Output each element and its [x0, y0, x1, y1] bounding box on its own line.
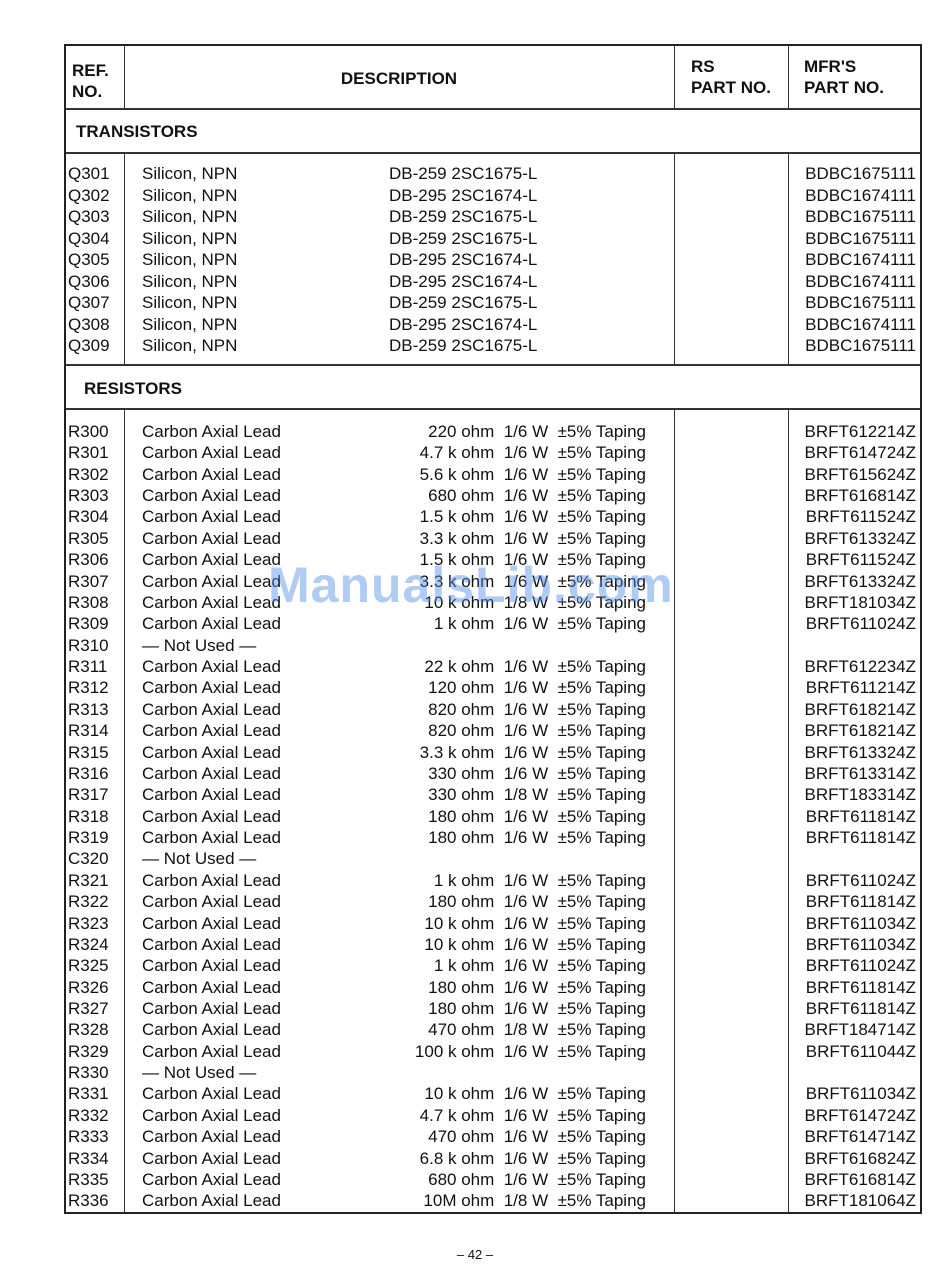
- spec-cell: 330 ohm 1/8 W ±5% Taping: [428, 784, 646, 805]
- mfr-part-cell: BDBC1674111: [805, 314, 916, 335]
- spec-cell: 680 ohm 1/6 W ±5% Taping: [428, 485, 646, 506]
- description-cell: Silicon, NPN: [142, 185, 237, 206]
- mfr-part-cell: BDBC1674111: [805, 249, 916, 270]
- description-cell: Carbon Axial Lead: [142, 998, 281, 1019]
- description-cell: Carbon Axial Lead: [142, 677, 281, 698]
- spec-cell: DB-295 2SC1674-L: [389, 314, 537, 335]
- ref-cell: R315: [68, 742, 109, 763]
- description-cell: Carbon Axial Lead: [142, 421, 281, 442]
- ref-cell: R336: [68, 1190, 109, 1211]
- mfr-part-cell: BRFT183314Z: [805, 784, 917, 805]
- mfr-part-cell: BRFT611024Z: [806, 613, 916, 634]
- header-rs-line1: RS: [691, 56, 771, 77]
- description-cell: Silicon, NPN: [142, 163, 237, 184]
- table-row: R329Carbon Axial Lead100 k ohm 1/6 W ±5%…: [66, 1041, 920, 1062]
- description-cell: Carbon Axial Lead: [142, 955, 281, 976]
- header-ref-line1: REF.: [72, 60, 109, 81]
- ref-cell: R312: [68, 677, 109, 698]
- mfr-part-cell: BRFT184714Z: [805, 1019, 917, 1040]
- table-row: R313Carbon Axial Lead820 ohm 1/6 W ±5% T…: [66, 699, 920, 720]
- mfr-part-cell: BRFT616814Z: [805, 1169, 917, 1190]
- description-cell: Carbon Axial Lead: [142, 1019, 281, 1040]
- description-cell: — Not Used —: [142, 1062, 256, 1083]
- table-row: Q304Silicon, NPNDB-259 2SC1675-LBDBC1675…: [66, 228, 920, 249]
- description-cell: Silicon, NPN: [142, 228, 237, 249]
- description-cell: Carbon Axial Lead: [142, 742, 281, 763]
- spec-cell: 180 ohm 1/6 W ±5% Taping: [428, 827, 646, 848]
- table-row: R321Carbon Axial Lead1 k ohm 1/6 W ±5% T…: [66, 870, 920, 891]
- ref-cell: R335: [68, 1169, 109, 1190]
- ref-cell: Q302: [68, 185, 110, 206]
- table-row: R334Carbon Axial Lead6.8 k ohm 1/6 W ±5%…: [66, 1148, 920, 1169]
- header-rs-line2: PART NO.: [691, 77, 771, 98]
- mfr-part-cell: BRFT614714Z: [805, 1126, 917, 1147]
- ref-cell: R301: [68, 442, 109, 463]
- spec-cell: 5.6 k ohm 1/6 W ±5% Taping: [420, 464, 646, 485]
- ref-cell: Q309: [68, 335, 110, 356]
- ref-cell: Q306: [68, 271, 110, 292]
- header-mfr-line2: PART NO.: [804, 77, 884, 98]
- mfr-part-cell: BRFT613314Z: [805, 763, 917, 784]
- ref-cell: R329: [68, 1041, 109, 1062]
- table-row: R326Carbon Axial Lead180 ohm 1/6 W ±5% T…: [66, 977, 920, 998]
- table-row: R323Carbon Axial Lead10 k ohm 1/6 W ±5% …: [66, 913, 920, 934]
- table-row: R301Carbon Axial Lead4.7 k ohm 1/6 W ±5%…: [66, 442, 920, 463]
- spec-cell: 1 k ohm 1/6 W ±5% Taping: [434, 870, 646, 891]
- ref-cell: R325: [68, 955, 109, 976]
- spec-cell: 10M ohm 1/8 W ±5% Taping: [423, 1190, 646, 1211]
- ref-cell: R307: [68, 571, 109, 592]
- description-cell: Silicon, NPN: [142, 335, 237, 356]
- ref-cell: R302: [68, 464, 109, 485]
- mfr-part-cell: BRFT611814Z: [806, 977, 916, 998]
- ref-cell: R303: [68, 485, 109, 506]
- table-row: R327Carbon Axial Lead180 ohm 1/6 W ±5% T…: [66, 998, 920, 1019]
- ref-cell: R333: [68, 1126, 109, 1147]
- ref-cell: R314: [68, 720, 109, 741]
- table-row: R310— Not Used —: [66, 635, 920, 656]
- ref-cell: R331: [68, 1083, 109, 1104]
- header-mfr-line1: MFR'S: [804, 56, 884, 77]
- page-number: – 42 –: [0, 1247, 950, 1262]
- description-cell: Carbon Axial Lead: [142, 528, 281, 549]
- table-row: Q307Silicon, NPNDB-259 2SC1675-LBDBC1675…: [66, 292, 920, 313]
- mfr-part-cell: BRFT612214Z: [805, 421, 917, 442]
- ref-cell: R330: [68, 1062, 109, 1083]
- mfr-part-cell: BDBC1675111: [805, 335, 916, 356]
- description-cell: Carbon Axial Lead: [142, 571, 281, 592]
- description-cell: Carbon Axial Lead: [142, 549, 281, 570]
- ref-cell: R310: [68, 635, 109, 656]
- table-row: Q309Silicon, NPNDB-259 2SC1675-LBDBC1675…: [66, 335, 920, 356]
- description-cell: Silicon, NPN: [142, 249, 237, 270]
- ref-cell: R334: [68, 1148, 109, 1169]
- ref-cell: R332: [68, 1105, 109, 1126]
- mfr-part-cell: BDBC1675111: [805, 163, 916, 184]
- header-ref-no: REF. NO.: [72, 60, 109, 102]
- transistors-divider: [66, 152, 920, 154]
- table-row: R333Carbon Axial Lead470 ohm 1/6 W ±5% T…: [66, 1126, 920, 1147]
- table-row: R332Carbon Axial Lead4.7 k ohm 1/6 W ±5%…: [66, 1105, 920, 1126]
- spec-cell: DB-259 2SC1675-L: [389, 228, 537, 249]
- mfr-part-cell: BRFT611034Z: [806, 913, 916, 934]
- spec-cell: 1.5 k ohm 1/6 W ±5% Taping: [420, 549, 646, 570]
- description-cell: Carbon Axial Lead: [142, 1041, 281, 1062]
- mfr-part-cell: BDBC1674111: [805, 271, 916, 292]
- table-row: R308Carbon Axial Lead10 k ohm 1/8 W ±5% …: [66, 592, 920, 613]
- table-row: R303Carbon Axial Lead680 ohm 1/6 W ±5% T…: [66, 485, 920, 506]
- ref-cell: R326: [68, 977, 109, 998]
- table-row: R317Carbon Axial Lead330 ohm 1/8 W ±5% T…: [66, 784, 920, 805]
- spec-cell: 220 ohm 1/6 W ±5% Taping: [428, 421, 646, 442]
- mfr-part-cell: BRFT611214Z: [806, 677, 916, 698]
- ref-cell: C320: [68, 848, 109, 869]
- table-row: R319Carbon Axial Lead180 ohm 1/6 W ±5% T…: [66, 827, 920, 848]
- mfr-part-cell: BRFT611024Z: [806, 955, 916, 976]
- mfr-part-cell: BRFT181034Z: [805, 592, 917, 613]
- spec-cell: 1 k ohm 1/6 W ±5% Taping: [434, 955, 646, 976]
- section-title-transistors: TRANSISTORS: [76, 122, 202, 142]
- mfr-part-cell: BRFT615624Z: [805, 464, 917, 485]
- ref-cell: R313: [68, 699, 109, 720]
- description-cell: Carbon Axial Lead: [142, 699, 281, 720]
- description-cell: Carbon Axial Lead: [142, 870, 281, 891]
- table-row: R305Carbon Axial Lead3.3 k ohm 1/6 W ±5%…: [66, 528, 920, 549]
- spec-cell: 180 ohm 1/6 W ±5% Taping: [428, 977, 646, 998]
- description-cell: Carbon Axial Lead: [142, 891, 281, 912]
- mfr-part-cell: BRFT613324Z: [805, 742, 917, 763]
- mfr-part-cell: BRFT181064Z: [805, 1190, 917, 1211]
- description-cell: Carbon Axial Lead: [142, 934, 281, 955]
- ref-cell: R309: [68, 613, 109, 634]
- header-description: DESCRIPTION: [124, 68, 674, 89]
- description-cell: Carbon Axial Lead: [142, 763, 281, 784]
- mfr-part-cell: BRFT611024Z: [806, 870, 916, 891]
- ref-cell: R306: [68, 549, 109, 570]
- mfr-part-cell: BRFT611814Z: [806, 806, 916, 827]
- spec-cell: DB-259 2SC1675-L: [389, 292, 537, 313]
- table-row: Q302Silicon, NPNDB-295 2SC1674-LBDBC1674…: [66, 185, 920, 206]
- table-row: Q308Silicon, NPNDB-295 2SC1674-LBDBC1674…: [66, 314, 920, 335]
- ref-cell: R305: [68, 528, 109, 549]
- spec-cell: 100 k ohm 1/6 W ±5% Taping: [415, 1041, 646, 1062]
- ref-cell: R311: [68, 656, 107, 677]
- description-cell: Carbon Axial Lead: [142, 1190, 281, 1211]
- mfr-part-cell: BRFT611814Z: [806, 827, 916, 848]
- description-cell: — Not Used —: [142, 848, 256, 869]
- table-row: R315Carbon Axial Lead3.3 k ohm 1/6 W ±5%…: [66, 742, 920, 763]
- description-cell: Carbon Axial Lead: [142, 485, 281, 506]
- description-cell: Carbon Axial Lead: [142, 656, 281, 677]
- table-row: R318Carbon Axial Lead180 ohm 1/6 W ±5% T…: [66, 806, 920, 827]
- table-row: R322Carbon Axial Lead180 ohm 1/6 W ±5% T…: [66, 891, 920, 912]
- description-cell: Carbon Axial Lead: [142, 592, 281, 613]
- spec-cell: 330 ohm 1/6 W ±5% Taping: [428, 763, 646, 784]
- mfr-part-cell: BRFT611044Z: [806, 1041, 916, 1062]
- table-row: Q303Silicon, NPNDB-259 2SC1675-LBDBC1675…: [66, 206, 920, 227]
- spec-cell: DB-259 2SC1675-L: [389, 206, 537, 227]
- table-row: R312Carbon Axial Lead120 ohm 1/6 W ±5% T…: [66, 677, 920, 698]
- mfr-part-cell: BRFT611034Z: [806, 934, 916, 955]
- table-row: R336Carbon Axial Lead10M ohm 1/8 W ±5% T…: [66, 1190, 920, 1211]
- description-cell: Carbon Axial Lead: [142, 827, 281, 848]
- ref-cell: R324: [68, 934, 109, 955]
- parts-list-table: REF. NO. DESCRIPTION RS PART NO. MFR'S P…: [64, 44, 922, 1214]
- mfr-part-cell: BDBC1675111: [805, 206, 916, 227]
- spec-cell: 10 k ohm 1/8 W ±5% Taping: [424, 592, 646, 613]
- description-cell: Carbon Axial Lead: [142, 1126, 281, 1147]
- description-cell: Silicon, NPN: [142, 314, 237, 335]
- mfr-part-cell: BRFT613324Z: [805, 528, 917, 549]
- table-row: R311Carbon Axial Lead22 k ohm 1/6 W ±5% …: [66, 656, 920, 677]
- spec-cell: 3.3 k ohm 1/6 W ±5% Taping: [420, 571, 646, 592]
- spec-cell: 1 k ohm 1/6 W ±5% Taping: [434, 613, 646, 634]
- spec-cell: 470 ohm 1/6 W ±5% Taping: [428, 1126, 646, 1147]
- spec-cell: 3.3 k ohm 1/6 W ±5% Taping: [420, 528, 646, 549]
- table-row: R328Carbon Axial Lead470 ohm 1/8 W ±5% T…: [66, 1019, 920, 1040]
- mfr-part-cell: BRFT618214Z: [805, 699, 917, 720]
- spec-cell: DB-259 2SC1675-L: [389, 335, 537, 356]
- description-cell: Carbon Axial Lead: [142, 977, 281, 998]
- description-cell: Silicon, NPN: [142, 292, 237, 313]
- table-row: R335Carbon Axial Lead680 ohm 1/6 W ±5% T…: [66, 1169, 920, 1190]
- mfr-part-cell: BRFT614724Z: [805, 442, 917, 463]
- spec-cell: 1.5 k ohm 1/6 W ±5% Taping: [420, 506, 646, 527]
- spec-cell: 3.3 k ohm 1/6 W ±5% Taping: [420, 742, 646, 763]
- spec-cell: 22 k ohm 1/6 W ±5% Taping: [424, 656, 646, 677]
- description-cell: Carbon Axial Lead: [142, 613, 281, 634]
- table-row: R316Carbon Axial Lead330 ohm 1/6 W ±5% T…: [66, 763, 920, 784]
- mfr-part-cell: BDBC1674111: [805, 185, 916, 206]
- mfr-part-cell: BRFT612234Z: [805, 656, 917, 677]
- description-cell: Carbon Axial Lead: [142, 506, 281, 527]
- ref-cell: Q304: [68, 228, 110, 249]
- mfr-part-cell: BRFT616814Z: [805, 485, 917, 506]
- mfr-part-cell: BRFT614724Z: [805, 1105, 917, 1126]
- ref-cell: R304: [68, 506, 109, 527]
- ref-cell: R318: [68, 806, 109, 827]
- mfr-part-cell: BDBC1675111: [805, 228, 916, 249]
- spec-cell: 470 ohm 1/8 W ±5% Taping: [428, 1019, 646, 1040]
- ref-cell: Q305: [68, 249, 110, 270]
- ref-cell: Q301: [68, 163, 110, 184]
- spec-cell: 180 ohm 1/6 W ±5% Taping: [428, 806, 646, 827]
- table-row: R306Carbon Axial Lead1.5 k ohm 1/6 W ±5%…: [66, 549, 920, 570]
- description-cell: Carbon Axial Lead: [142, 1148, 281, 1169]
- ref-cell: R317: [68, 784, 109, 805]
- ref-cell: R319: [68, 827, 109, 848]
- mfr-part-cell: BRFT611814Z: [806, 998, 916, 1019]
- ref-cell: R322: [68, 891, 109, 912]
- spec-cell: DB-295 2SC1674-L: [389, 271, 537, 292]
- spec-cell: 820 ohm 1/6 W ±5% Taping: [428, 720, 646, 741]
- description-cell: Carbon Axial Lead: [142, 1169, 281, 1190]
- mfr-part-cell: BRFT611814Z: [806, 891, 916, 912]
- description-cell: — Not Used —: [142, 635, 256, 656]
- description-cell: Carbon Axial Lead: [142, 913, 281, 934]
- spec-cell: 4.7 k ohm 1/6 W ±5% Taping: [420, 442, 646, 463]
- header-mfr-part-no: MFR'S PART NO.: [804, 56, 884, 98]
- ref-cell: R327: [68, 998, 109, 1019]
- description-cell: Carbon Axial Lead: [142, 784, 281, 805]
- section-title-resistors: RESISTORS: [84, 379, 186, 399]
- description-cell: Carbon Axial Lead: [142, 1105, 281, 1126]
- table-row: Q306Silicon, NPNDB-295 2SC1674-LBDBC1674…: [66, 271, 920, 292]
- mfr-part-cell: BRFT611034Z: [806, 1083, 916, 1104]
- spec-cell: 10 k ohm 1/6 W ±5% Taping: [424, 934, 646, 955]
- description-cell: Silicon, NPN: [142, 271, 237, 292]
- ref-cell: Q308: [68, 314, 110, 335]
- mfr-part-cell: BRFT611524Z: [806, 506, 916, 527]
- spec-cell: DB-295 2SC1674-L: [389, 249, 537, 270]
- table-row: R330— Not Used —: [66, 1062, 920, 1083]
- spec-cell: 120 ohm 1/6 W ±5% Taping: [428, 677, 646, 698]
- header-ref-line2: NO.: [72, 81, 109, 102]
- table-row: R307Carbon Axial Lead3.3 k ohm 1/6 W ±5%…: [66, 571, 920, 592]
- mfr-part-cell: BRFT613324Z: [805, 571, 917, 592]
- ref-cell: R323: [68, 913, 109, 934]
- spec-cell: 6.8 k ohm 1/6 W ±5% Taping: [420, 1148, 646, 1169]
- table-row: R325Carbon Axial Lead1 k ohm 1/6 W ±5% T…: [66, 955, 920, 976]
- spec-cell: 180 ohm 1/6 W ±5% Taping: [428, 998, 646, 1019]
- ref-cell: Q307: [68, 292, 110, 313]
- resistors-band: [67, 366, 919, 408]
- spec-cell: 4.7 k ohm 1/6 W ±5% Taping: [420, 1105, 646, 1126]
- description-cell: Silicon, NPN: [142, 206, 237, 227]
- spec-cell: DB-259 2SC1675-L: [389, 163, 537, 184]
- mfr-part-cell: BRFT616824Z: [805, 1148, 917, 1169]
- description-cell: Carbon Axial Lead: [142, 442, 281, 463]
- ref-cell: R328: [68, 1019, 109, 1040]
- table-row: R302Carbon Axial Lead5.6 k ohm 1/6 W ±5%…: [66, 464, 920, 485]
- spec-cell: 680 ohm 1/6 W ±5% Taping: [428, 1169, 646, 1190]
- table-row: R314Carbon Axial Lead820 ohm 1/6 W ±5% T…: [66, 720, 920, 741]
- table-row: R304Carbon Axial Lead1.5 k ohm 1/6 W ±5%…: [66, 506, 920, 527]
- table-row: Q305Silicon, NPNDB-295 2SC1674-LBDBC1674…: [66, 249, 920, 270]
- ref-cell: R316: [68, 763, 109, 784]
- table-row: R300Carbon Axial Lead220 ohm 1/6 W ±5% T…: [66, 421, 920, 442]
- spec-cell: 180 ohm 1/6 W ±5% Taping: [428, 891, 646, 912]
- resistors-divider: [66, 408, 920, 410]
- table-row: Q301Silicon, NPNDB-259 2SC1675-LBDBC1675…: [66, 163, 920, 184]
- spec-cell: 10 k ohm 1/6 W ±5% Taping: [424, 1083, 646, 1104]
- header-rs-part-no: RS PART NO.: [691, 56, 771, 98]
- description-cell: Carbon Axial Lead: [142, 720, 281, 741]
- table-row: R309Carbon Axial Lead1 k ohm 1/6 W ±5% T…: [66, 613, 920, 634]
- table-row: R331Carbon Axial Lead10 k ohm 1/6 W ±5% …: [66, 1083, 920, 1104]
- description-cell: Carbon Axial Lead: [142, 464, 281, 485]
- mfr-part-cell: BDBC1675111: [805, 292, 916, 313]
- table-row: R324Carbon Axial Lead10 k ohm 1/6 W ±5% …: [66, 934, 920, 955]
- mfr-part-cell: BRFT611524Z: [806, 549, 916, 570]
- ref-cell: R308: [68, 592, 109, 613]
- description-cell: Carbon Axial Lead: [142, 1083, 281, 1104]
- ref-cell: R300: [68, 421, 109, 442]
- description-cell: Carbon Axial Lead: [142, 806, 281, 827]
- ref-cell: R321: [68, 870, 109, 891]
- spec-cell: 820 ohm 1/6 W ±5% Taping: [428, 699, 646, 720]
- mfr-part-cell: BRFT618214Z: [805, 720, 917, 741]
- spec-cell: 10 k ohm 1/6 W ±5% Taping: [424, 913, 646, 934]
- table-row: C320— Not Used —: [66, 848, 920, 869]
- ref-cell: Q303: [68, 206, 110, 227]
- spec-cell: DB-295 2SC1674-L: [389, 185, 537, 206]
